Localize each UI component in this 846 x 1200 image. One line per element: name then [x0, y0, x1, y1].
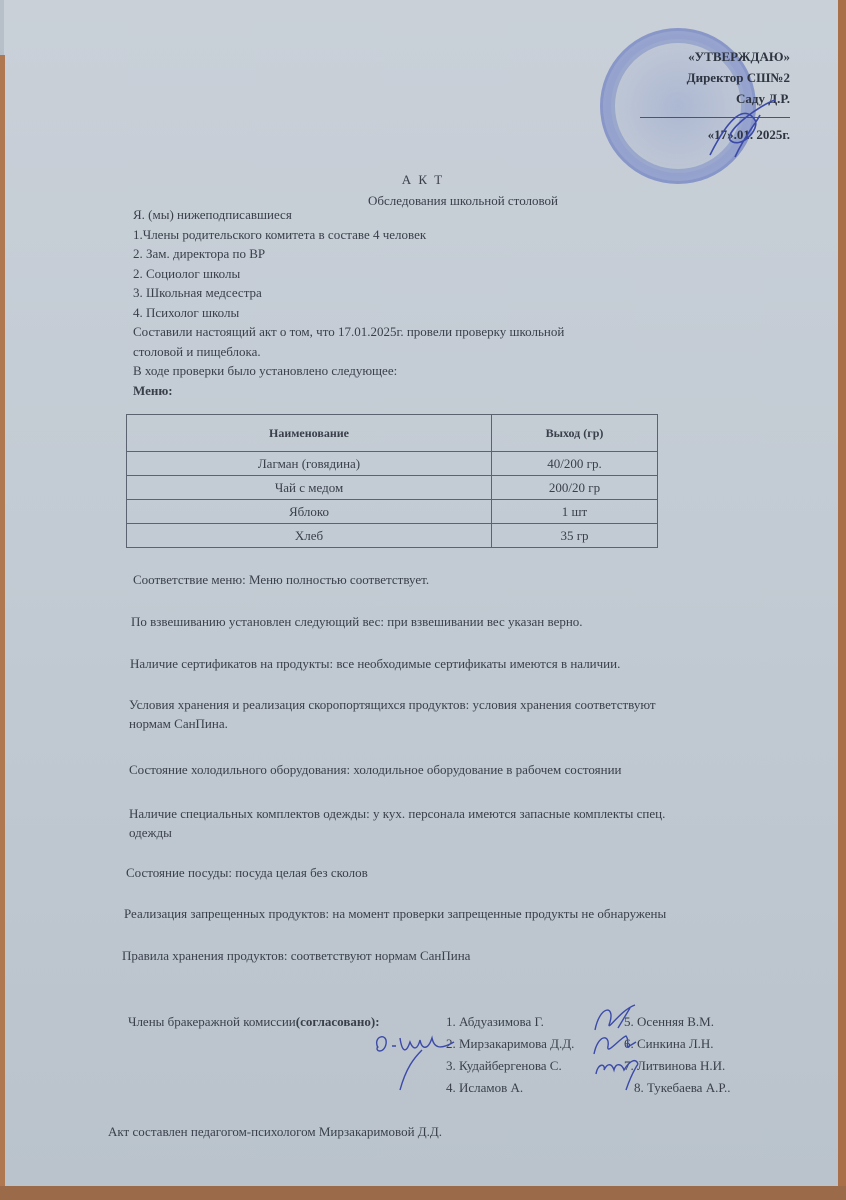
intro-line: Я. (мы) нижеподписавшиеся [133, 205, 564, 225]
approval-position: Директор СШ№2 [640, 67, 790, 88]
dish-name: Чай с медом [127, 476, 492, 500]
intro-line: Составили настоящий акт о том, что 17.01… [133, 322, 564, 342]
table-row: Лагман (говядина) 40/200 гр. [127, 452, 658, 476]
table-row: Хлеб 35 гр [127, 524, 658, 548]
intro-line: 1.Члены родительского комитета в составе… [133, 225, 564, 245]
intro-line: 4. Психолог школы [133, 303, 564, 323]
finding-storage-conditions: Условия хранения и реализация скоропортя… [129, 697, 656, 713]
commission-member: 1. Абдуазимова Г. [446, 1014, 544, 1030]
intro-block: Я. (мы) нижеподписавшиеся 1.Члены родите… [133, 205, 564, 400]
signature-icon [592, 1054, 642, 1094]
table-header-row: Наименование Выход (гр) [127, 415, 658, 452]
table-row: Чай с медом 200/20 гр [127, 476, 658, 500]
finding-uniforms: Наличие специальных комплектов одежды: у… [129, 806, 665, 822]
finding-storage-rules: Правила хранения продуктов: соответствую… [122, 948, 470, 964]
menu-label: Меню: [133, 381, 564, 401]
commission-approved-label: (согласовано): [296, 1014, 380, 1029]
finding-prohibited-products: Реализация запрещенных продуктов: на мом… [124, 906, 666, 922]
commission-member: 2. Мирзакаримова Д.Д. [446, 1036, 574, 1052]
intro-line: 2. Зам. директора по ВР [133, 244, 564, 264]
dish-yield: 200/20 гр [492, 476, 658, 500]
intro-line: 2. Социолог школы [133, 264, 564, 284]
intro-line: В ходе проверки было установлено следующ… [133, 361, 564, 381]
dish-name: Яблоко [127, 500, 492, 524]
dish-name: Лагман (говядина) [127, 452, 492, 476]
table-row: Яблоко 1 шт [127, 500, 658, 524]
intro-line: столовой и пищеблока. [133, 342, 564, 362]
dish-yield: 40/200 гр. [492, 452, 658, 476]
finding-weighing: По взвешиванию установлен следующий вес:… [131, 614, 583, 630]
director-signature-icon [700, 95, 780, 165]
dish-yield: 35 гр [492, 524, 658, 548]
column-header-name: Наименование [127, 415, 492, 452]
finding-dishes: Состояние посуды: посуда целая без сколо… [126, 865, 368, 881]
table-surface-left [0, 55, 5, 1200]
finding-storage-conditions-cont: нормам СанПина. [129, 716, 228, 732]
commission-label: Члены бракеражной комиссии(согласовано): [128, 1014, 380, 1030]
finding-uniforms-cont: одежды [129, 825, 172, 841]
column-header-yield: Выход (гр) [492, 415, 658, 452]
commission-member: 3. Кудайбергенова С. [446, 1058, 562, 1074]
signature-icon [370, 1028, 460, 1098]
menu-table: Наименование Выход (гр) Лагман (говядина… [126, 414, 658, 548]
table-surface-bottom [0, 1186, 846, 1200]
finding-menu-compliance: Соответствие меню: Меню полностью соотве… [133, 572, 429, 588]
approval-heading: «УТВЕРЖДАЮ» [640, 46, 790, 67]
dish-name: Хлеб [127, 524, 492, 548]
dish-yield: 1 шт [492, 500, 658, 524]
finding-refrigeration: Состояние холодильного оборудования: хол… [129, 762, 622, 778]
commission-label-text: Члены бракеражной комиссии [128, 1014, 296, 1029]
compiled-by: Акт составлен педагогом-психологом Мирза… [108, 1124, 442, 1140]
intro-line: 3. Школьная медсестра [133, 283, 564, 303]
commission-member: 8. Тукебаева А.Р.. [634, 1080, 730, 1096]
document-title: А К Т [0, 172, 846, 188]
finding-certificates: Наличие сертификатов на продукты: все не… [130, 656, 620, 672]
